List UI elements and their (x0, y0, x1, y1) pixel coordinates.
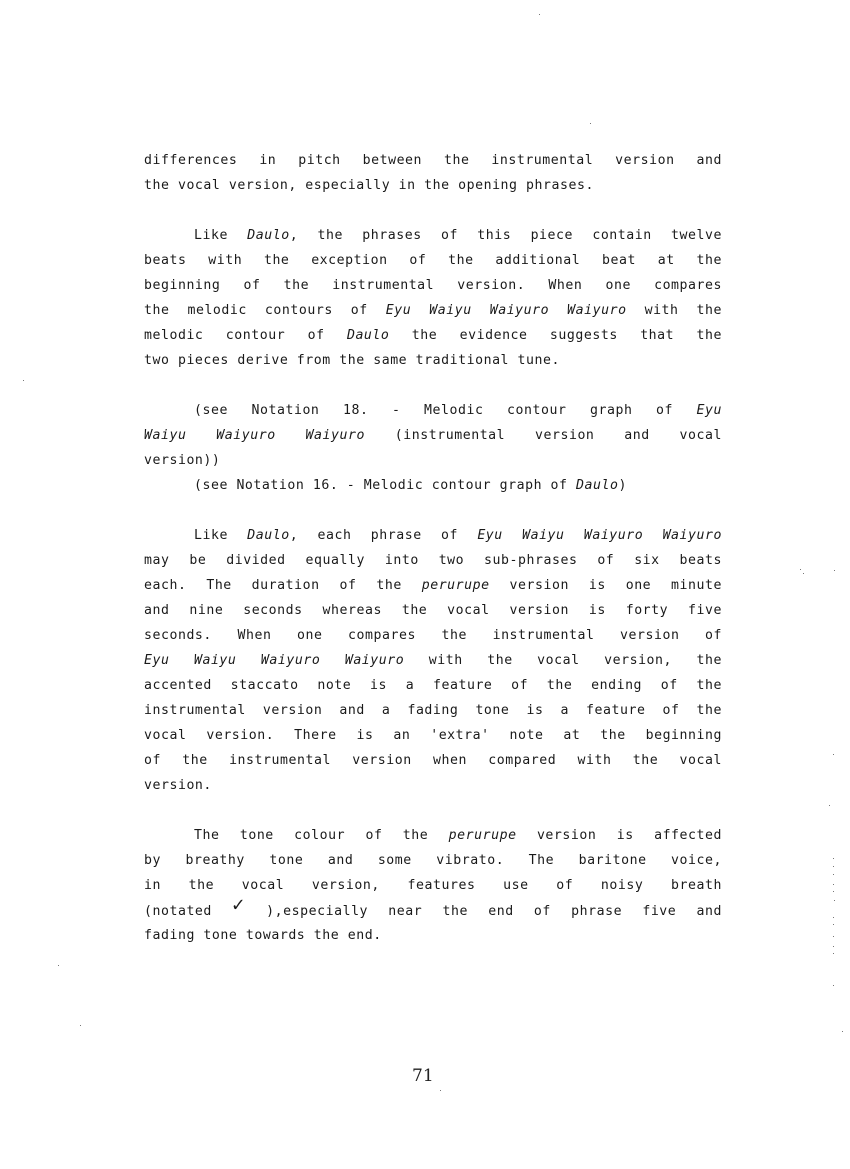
scan-speck (829, 805, 830, 806)
text-run: (see Notation 18. - Melodic contour grap… (194, 403, 697, 418)
paragraph-1: differences in pitch between the instrum… (144, 148, 722, 198)
scan-speck (833, 946, 834, 947)
scan-speck (834, 900, 835, 901)
paragraph-4: Like Daulo, each phrase of Eyu Waiyu Wai… (144, 523, 722, 798)
italic-title: Eyu Waiyu Waiyuro Waiyuro (144, 653, 404, 668)
text-line: (notated ✓),especially near the end of p… (144, 898, 722, 923)
text-line: The tone colour of the perurupe version … (144, 823, 722, 848)
scan-speck (440, 1090, 441, 1091)
text-line: fading tone towards the end. (144, 923, 722, 948)
text-run: beginning of the instrumental version. W… (144, 278, 722, 293)
scan-speck (833, 953, 834, 954)
text-run: two pieces derive from the same traditio… (144, 353, 560, 368)
text-line: differences in pitch between the instrum… (144, 148, 722, 173)
text-run: beats with the exception of the addition… (144, 253, 722, 268)
page-number: 71 (412, 1066, 434, 1086)
scan-speck (833, 858, 834, 859)
text-line: (see Notation 16. - Melodic contour grap… (144, 473, 722, 498)
text-run: vocal version. There is an 'extra' note … (144, 728, 722, 743)
scan-speck (58, 965, 59, 966)
scan-speck (842, 1031, 843, 1032)
scan-speck (833, 874, 834, 875)
scan-speck (800, 569, 801, 570)
italic-title: perurupe (422, 578, 490, 593)
italic-title: Eyu Waiyu Waiyuro Waiyuro (386, 303, 627, 318)
text-run: by breathy tone and some vibrato. The ba… (144, 853, 722, 868)
text-line: accented staccato note is a feature of t… (144, 673, 722, 698)
text-line: vocal version. There is an 'extra' note … (144, 723, 722, 748)
text-run: , each phrase of (290, 528, 478, 543)
text-line: Waiyu Waiyuro Waiyuro (instrumental vers… (144, 423, 722, 448)
text-run: ),especially near the end of phrase five… (266, 904, 722, 919)
text-line: and nine seconds whereas the vocal versi… (144, 598, 722, 623)
text-run: (see Notation 16. - Melodic contour grap… (194, 478, 576, 493)
text-run: The tone colour of the (194, 828, 449, 843)
scan-speck (833, 866, 834, 867)
document-page: differences in pitch between the instrum… (0, 0, 850, 1169)
text-run: version)) (144, 453, 220, 468)
scan-speck (833, 754, 834, 755)
text-run: the melodic contours of (144, 303, 386, 318)
text-run: the vocal version, especially in the ope… (144, 178, 594, 193)
text-line: melodic contour of Daulo the evidence su… (144, 323, 722, 348)
scan-speck (23, 380, 24, 381)
paragraph-2: Like Daulo, the phrases of this piece co… (144, 223, 722, 373)
text-run: accented staccato note is a feature of t… (144, 678, 722, 693)
scan-speck (833, 891, 834, 892)
text-run: version. (144, 778, 212, 793)
text-line: may be divided equally into two sub-phra… (144, 548, 722, 573)
scan-speck (80, 1025, 81, 1026)
text-line: of the instrumental version when compare… (144, 748, 722, 773)
scan-speck (833, 936, 834, 937)
scan-speck (833, 917, 834, 918)
text-line: by breathy tone and some vibrato. The ba… (144, 848, 722, 873)
text-line: Like Daulo, each phrase of Eyu Waiyu Wai… (144, 523, 722, 548)
text-line: beginning of the instrumental version. W… (144, 273, 722, 298)
text-run: version is one minute (490, 578, 722, 593)
italic-title: Eyu (697, 403, 722, 418)
italic-title: Daulo (347, 328, 389, 343)
text-line: version. (144, 773, 722, 798)
text-run: differences in pitch between the instrum… (144, 153, 722, 168)
text-run: Like (194, 528, 247, 543)
text-line: beats with the exception of the addition… (144, 248, 722, 273)
scan-speck (590, 123, 591, 124)
text-run: the evidence suggests that the (389, 328, 722, 343)
paragraph-notation-references: (see Notation 18. - Melodic contour grap… (144, 398, 722, 498)
breath-checkmark-icon: ✓ (232, 894, 266, 914)
text-line: version)) (144, 448, 722, 473)
text-line: Like Daulo, the phrases of this piece co… (144, 223, 722, 248)
text-run: melodic contour of (144, 328, 347, 343)
scan-speck (539, 14, 540, 15)
scan-speck (803, 573, 804, 574)
italic-title: Eyu Waiyu Waiyuro Waiyuro (477, 528, 722, 543)
text-run: with the vocal version, the (404, 653, 722, 668)
text-line: the melodic contours of Eyu Waiyu Waiyur… (144, 298, 722, 323)
scan-speck (834, 570, 835, 571)
text-run: (instrumental version and vocal (365, 428, 722, 443)
text-run: of the instrumental version when compare… (144, 753, 722, 768)
scan-speck (833, 924, 834, 925)
text-run: Like (194, 228, 247, 243)
text-run: each. The duration of the (144, 578, 422, 593)
text-line: instrumental version and a fading tone i… (144, 698, 722, 723)
text-run: (notated (144, 904, 232, 919)
paragraph-5: The tone colour of the perurupe version … (144, 823, 722, 948)
text-run: with the (627, 303, 722, 318)
text-line: (see Notation 18. - Melodic contour grap… (144, 398, 722, 423)
text-line: two pieces derive from the same traditio… (144, 348, 722, 373)
scan-speck (833, 884, 834, 885)
text-run: seconds. When one compares the instrumen… (144, 628, 722, 643)
text-run: fading tone towards the end. (144, 928, 382, 943)
text-run: in the vocal version, features use of no… (144, 878, 722, 893)
text-line: in the vocal version, features use of no… (144, 873, 722, 898)
text-line: each. The duration of the perurupe versi… (144, 573, 722, 598)
text-line: seconds. When one compares the instrumen… (144, 623, 722, 648)
italic-title: Daulo (247, 228, 289, 243)
italic-title: Waiyu Waiyuro Waiyuro (144, 428, 365, 443)
italic-title: Daulo (247, 528, 289, 543)
text-line: Eyu Waiyu Waiyuro Waiyuro with the vocal… (144, 648, 722, 673)
text-run: and nine seconds whereas the vocal versi… (144, 603, 722, 618)
italic-title: Daulo (576, 478, 618, 493)
text-line: the vocal version, especially in the ope… (144, 173, 722, 198)
scan-speck (833, 985, 834, 986)
italic-title: perurupe (449, 828, 517, 843)
text-run: , the phrases of this piece contain twel… (290, 228, 722, 243)
text-run: ) (618, 478, 627, 493)
text-run: version is affected (517, 828, 722, 843)
text-run: instrumental version and a fading tone i… (144, 703, 722, 718)
text-run: may be divided equally into two sub-phra… (144, 553, 722, 568)
